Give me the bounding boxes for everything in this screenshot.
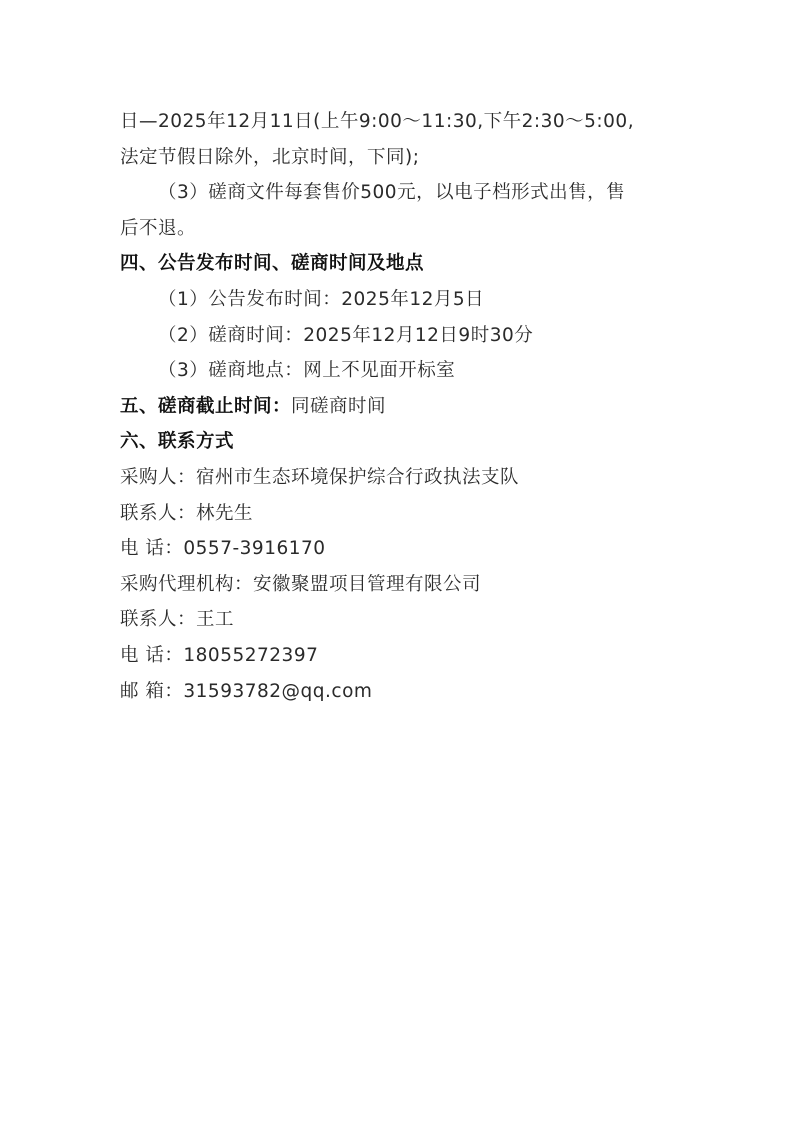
list-item: （3）磋商地点：网上不见面开标室 xyxy=(120,353,680,389)
paragraph-line: 后不退。 xyxy=(120,211,680,247)
contact-line: 采购人：宿州市生态环境保护综合行政执法支队 xyxy=(120,460,680,496)
section-heading-4: 四、公告发布时间、磋商时间及地点 xyxy=(120,246,680,282)
contact-value: 王工 xyxy=(196,609,234,630)
document-page: 日—2025年12月11日(上午9:00～11:30,下午2:30～5:00, … xyxy=(120,104,680,709)
contact-label: 采购人： xyxy=(120,467,196,488)
contact-value: 安徽聚盟项目管理有限公司 xyxy=(253,574,481,595)
list-item: （2）磋商时间：2025年12月12日9时30分 xyxy=(120,318,680,354)
section-heading-6: 六、联系方式 xyxy=(120,424,680,460)
paragraph-line: 法定节假日除外，北京时间，下同); xyxy=(120,140,680,176)
contact-label: 联系人： xyxy=(120,609,196,630)
contact-line: 电 话：0557-3916170 xyxy=(120,531,680,567)
contact-email[interactable]: 31593782@qq.com xyxy=(183,681,372,702)
contact-value: 0557-3916170 xyxy=(183,538,325,559)
contact-label: 采购代理机构： xyxy=(120,574,253,595)
contact-label: 邮 箱： xyxy=(120,681,183,702)
contact-line: 邮 箱：31593782@qq.com xyxy=(120,674,680,710)
contact-line: 联系人：林先生 xyxy=(120,496,680,532)
contact-label: 电 话： xyxy=(120,538,183,559)
paragraph-line: （3）磋商文件每套售价500元，以电子档形式出售，售 xyxy=(120,175,680,211)
contact-line: 联系人：王工 xyxy=(120,602,680,638)
contact-label: 电 话： xyxy=(120,645,183,666)
contact-value: 宿州市生态环境保护综合行政执法支队 xyxy=(196,467,519,488)
contact-line: 采购代理机构：安徽聚盟项目管理有限公司 xyxy=(120,567,680,603)
contact-label: 联系人： xyxy=(120,503,196,524)
section-5-value: 同磋商时间 xyxy=(291,396,386,417)
contact-line: 电 话：18055272397 xyxy=(120,638,680,674)
list-item: （1）公告发布时间：2025年12月5日 xyxy=(120,282,680,318)
section-heading-5: 五、磋商截止时间： xyxy=(120,396,291,417)
contact-value: 林先生 xyxy=(196,503,253,524)
contact-value: 18055272397 xyxy=(183,645,318,666)
section-5: 五、磋商截止时间：同磋商时间 xyxy=(120,389,680,425)
paragraph-line: 日—2025年12月11日(上午9:00～11:30,下午2:30～5:00, xyxy=(120,104,680,140)
